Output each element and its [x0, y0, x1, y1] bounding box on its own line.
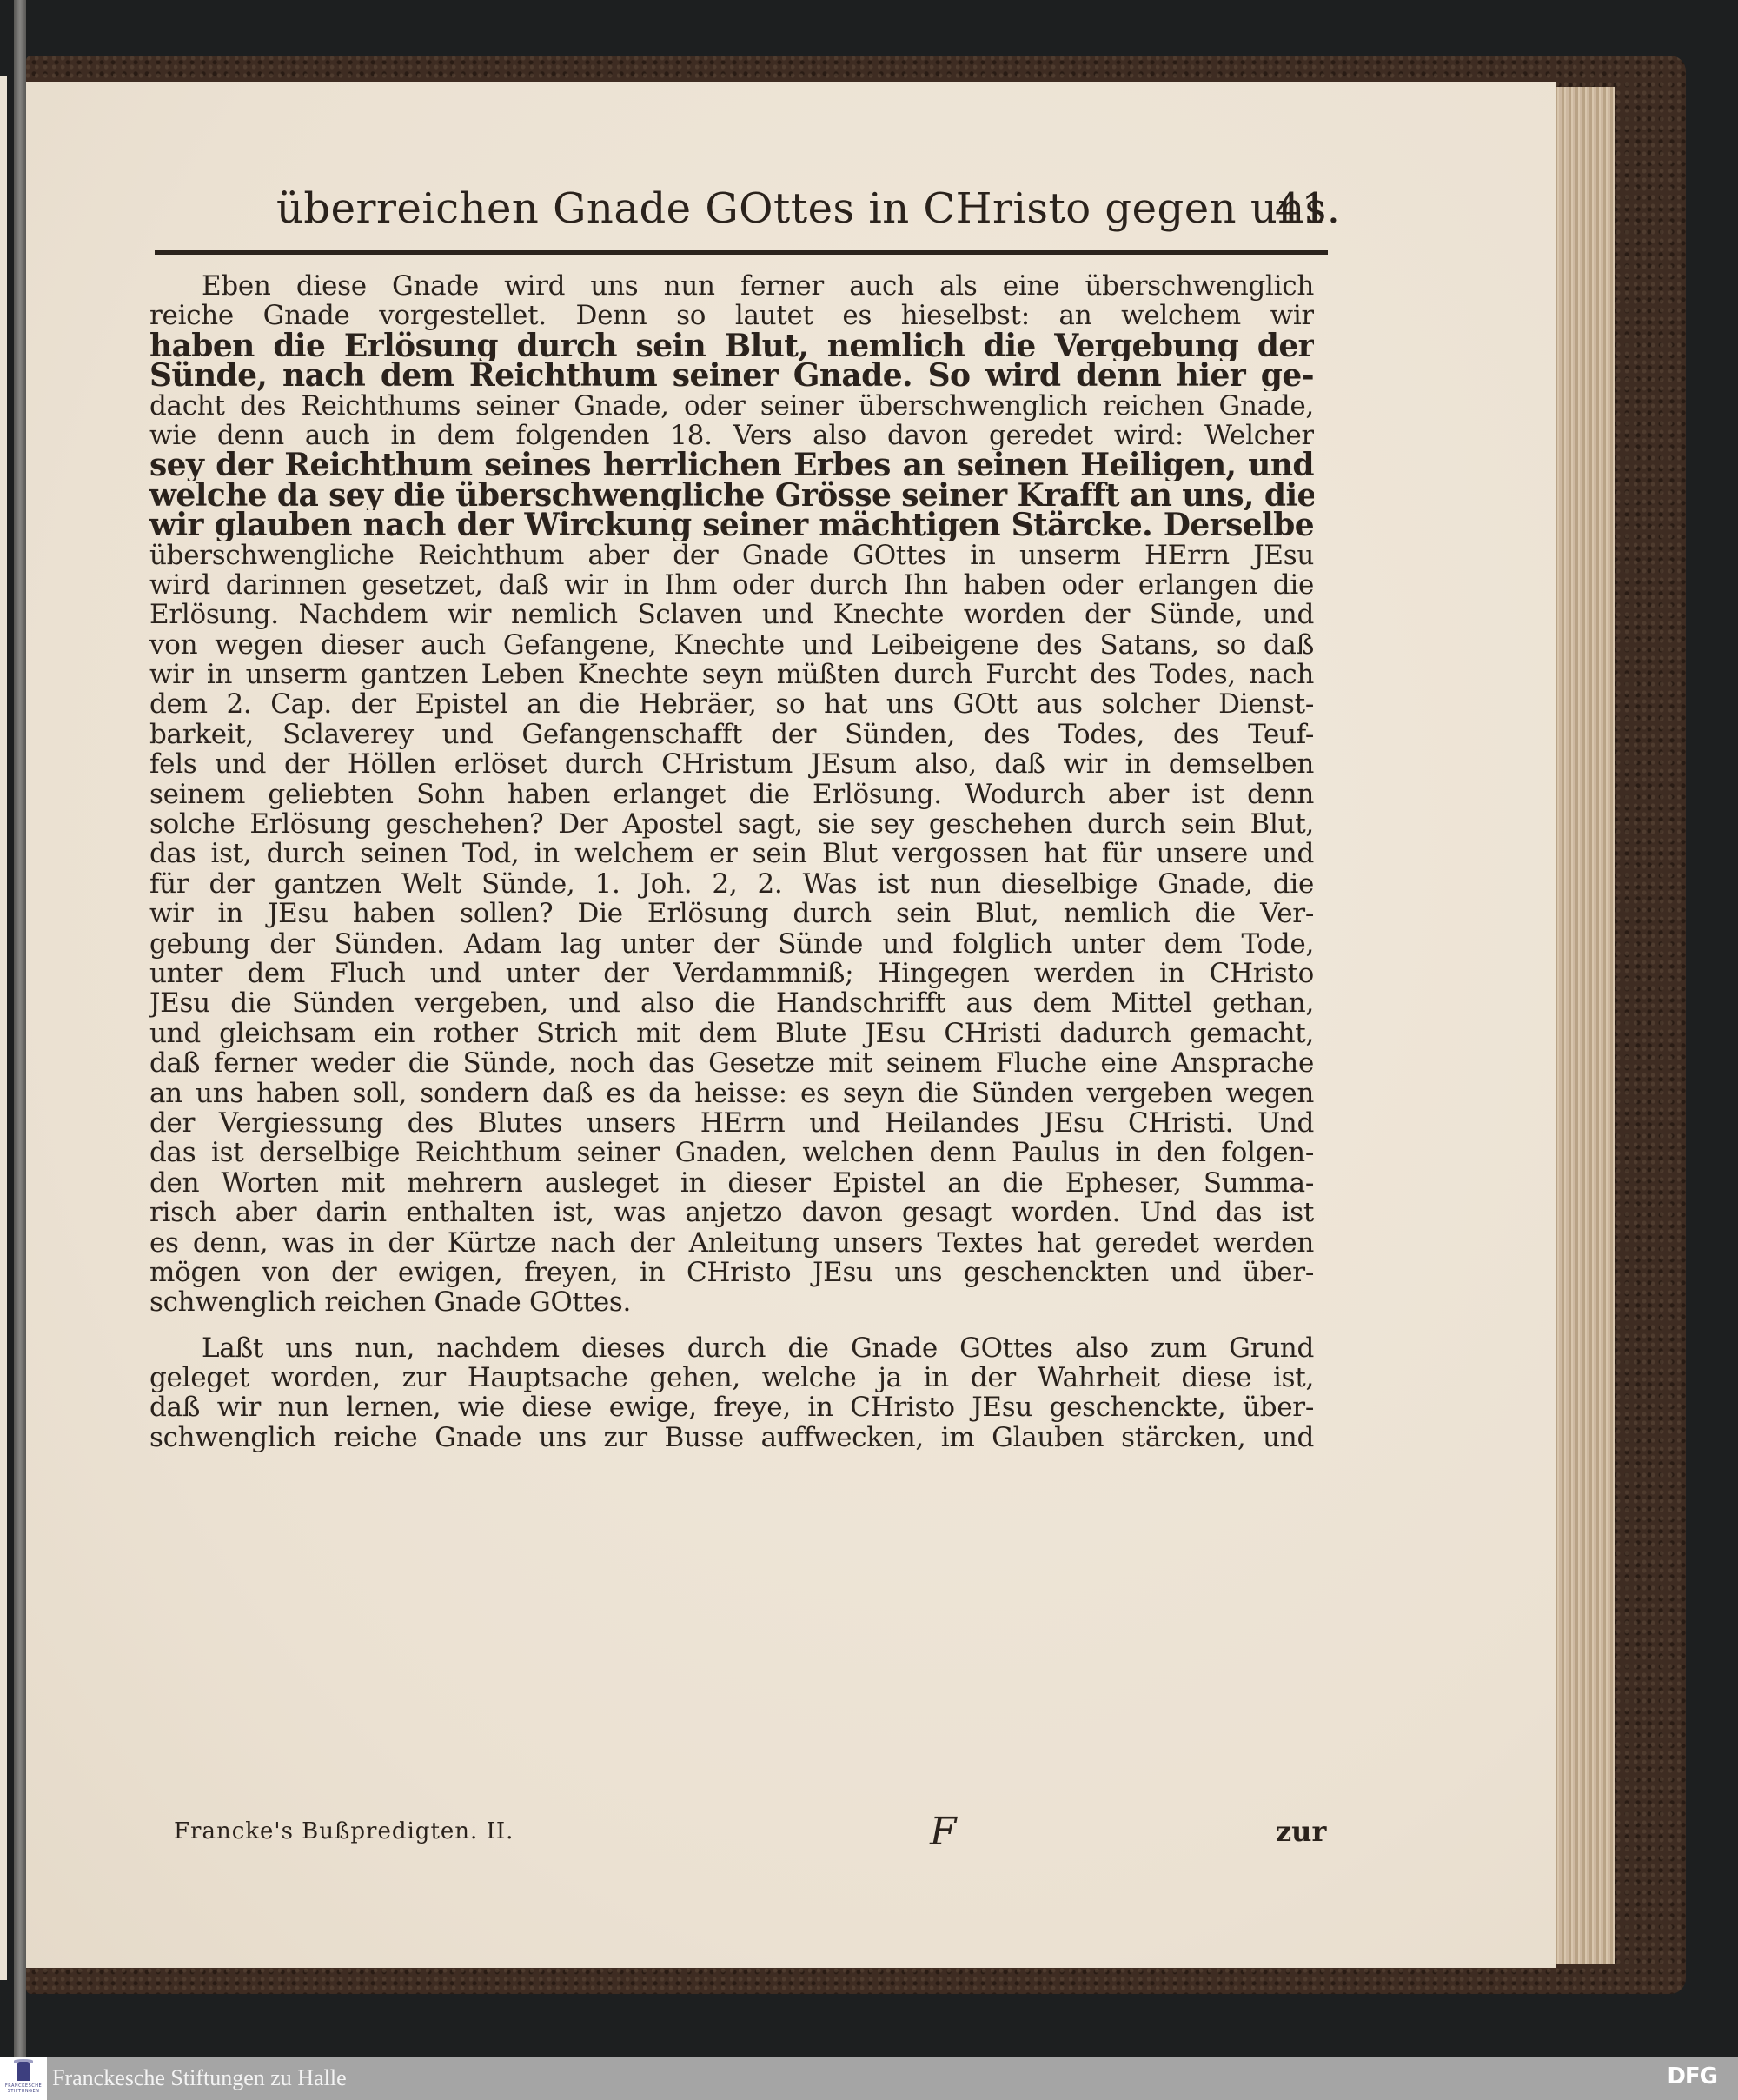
bottom-bar: FRANCKESCHE STIFTUNGEN Franckesche Stift… [0, 2057, 1738, 2100]
text-line: daß wir nun lernen, wie diese ewige, fre… [149, 1392, 1314, 1422]
text-line: das ist, durch seinen Tod, in welchem er… [149, 839, 1314, 868]
logo-text: FRANCKESCHE STIFTUNGEN [1, 2083, 46, 2094]
text-line: schwenglich reiche Gnade uns zur Busse a… [149, 1423, 1314, 1452]
text-line: den Worten mit mehrern ausleget in diese… [149, 1168, 1314, 1198]
dfg-logo[interactable]: DFG [1667, 2063, 1717, 2090]
running-head: überreichen Gnade GOttes in CHristo gege… [155, 184, 1328, 245]
text-line: es denn, was in der Kürtze nach der Anle… [149, 1228, 1314, 1258]
glass-plate-edge [14, 0, 26, 2057]
text-line: schwenglich reichen Gnade GOttes. [149, 1287, 1314, 1317]
text-line: welche da sey die überschwengliche Gröss… [149, 481, 1314, 510]
catchword: zur [1276, 1815, 1326, 1848]
page-number: 41 [1275, 184, 1328, 233]
franckesche-logo[interactable]: FRANCKESCHE STIFTUNGEN [0, 2057, 47, 2100]
text-line: dem 2. Cap. der Epistel an die Hebräer, … [149, 689, 1314, 719]
left-page-edge [0, 76, 7, 1980]
text-line: fels und der Höllen erlöset durch CHrist… [149, 749, 1314, 779]
scan-image: überreichen Gnade GOttes in CHristo gege… [0, 0, 1738, 2057]
text-line: barkeit, Sclaverey und Gefangenschafft d… [149, 720, 1314, 749]
text-line: mögen von der ewigen, freyen, in CHristo… [149, 1258, 1314, 1287]
text-line: seinem geliebten Sohn haben erlanget die… [149, 780, 1314, 809]
header-rule [155, 250, 1328, 255]
text-line: wie denn auch in dem folgenden 18. Vers … [149, 421, 1314, 450]
text-line: von wegen dieser auch Gefangene, Knechte… [149, 630, 1314, 660]
text-line: sey der Reichthum seines herrlichen Erbe… [149, 450, 1314, 480]
text-line: daß ferner weder die Sünde, noch das Ges… [149, 1048, 1314, 1078]
body-text: Eben diese Gnade wird uns nun ferner auc… [149, 271, 1314, 1452]
text-line: das ist derselbige Reichthum seiner Gnad… [149, 1138, 1314, 1167]
logo-text-line2: STIFTUNGEN [1, 2089, 46, 2094]
paragraph-gap [149, 1318, 1314, 1333]
institution-name[interactable]: Franckesche Stiftungen zu Halle [52, 2065, 347, 2091]
text-line: Laßt uns nun, nachdem dieses durch die G… [149, 1333, 1314, 1363]
text-line: überschwengliche Reichthum aber der Gnad… [149, 541, 1314, 570]
text-line: reiche Gnade vorgestellet. Denn so laute… [149, 301, 1314, 330]
text-line: JEsu die Sünden vergeben, und also die H… [149, 988, 1314, 1018]
text-line: Eben diese Gnade wird uns nun ferner auc… [149, 271, 1314, 301]
text-line: geleget worden, zur Hauptsache gehen, we… [149, 1363, 1314, 1392]
text-line: wird darinnen gesetzet, daß wir in Ihm o… [149, 570, 1314, 600]
logo-figure-icon [17, 2062, 30, 2081]
text-line: für der gantzen Welt Sünde, 1. Joh. 2, 2… [149, 869, 1314, 899]
signature-line: Francke's Bußpredigten. II. [174, 1818, 514, 1844]
text-line: unter dem Fluch und unter der Verdammniß… [149, 959, 1314, 988]
text-line: dacht des Reichthums seiner Gnade, oder … [149, 391, 1314, 421]
text-line: risch aber darin enthalten ist, was anje… [149, 1198, 1314, 1227]
text-line: und gleichsam ein rother Strich mit dem … [149, 1019, 1314, 1048]
text-line: an uns haben soll, sondern daß es da hei… [149, 1079, 1314, 1108]
running-title: überreichen Gnade GOttes in CHristo gege… [276, 184, 1341, 233]
text-line: wir in unserm gantzen Leben Knechte seyn… [149, 660, 1314, 689]
text-line: der Vergiessung des Blutes unsers HErrn … [149, 1108, 1314, 1138]
text-line: Sünde, nach dem Reichthum seiner Gnade. … [149, 361, 1314, 390]
text-line: wir glauben nach der Wirckung seiner mäc… [149, 510, 1314, 540]
text-line: gebung der Sünden. Adam lag unter der Sü… [149, 929, 1314, 959]
signature-mark: F [930, 1810, 957, 1854]
text-line: haben die Erlösung durch sein Blut, neml… [149, 331, 1314, 361]
text-line: Erlösung. Nachdem wir nemlich Sclaven un… [149, 600, 1314, 629]
text-line: solche Erlösung geschehen? Der Apostel s… [149, 809, 1314, 839]
text-line: wir in JEsu haben sollen? Die Erlösung d… [149, 899, 1314, 928]
page-fore-edge [1552, 87, 1615, 1964]
